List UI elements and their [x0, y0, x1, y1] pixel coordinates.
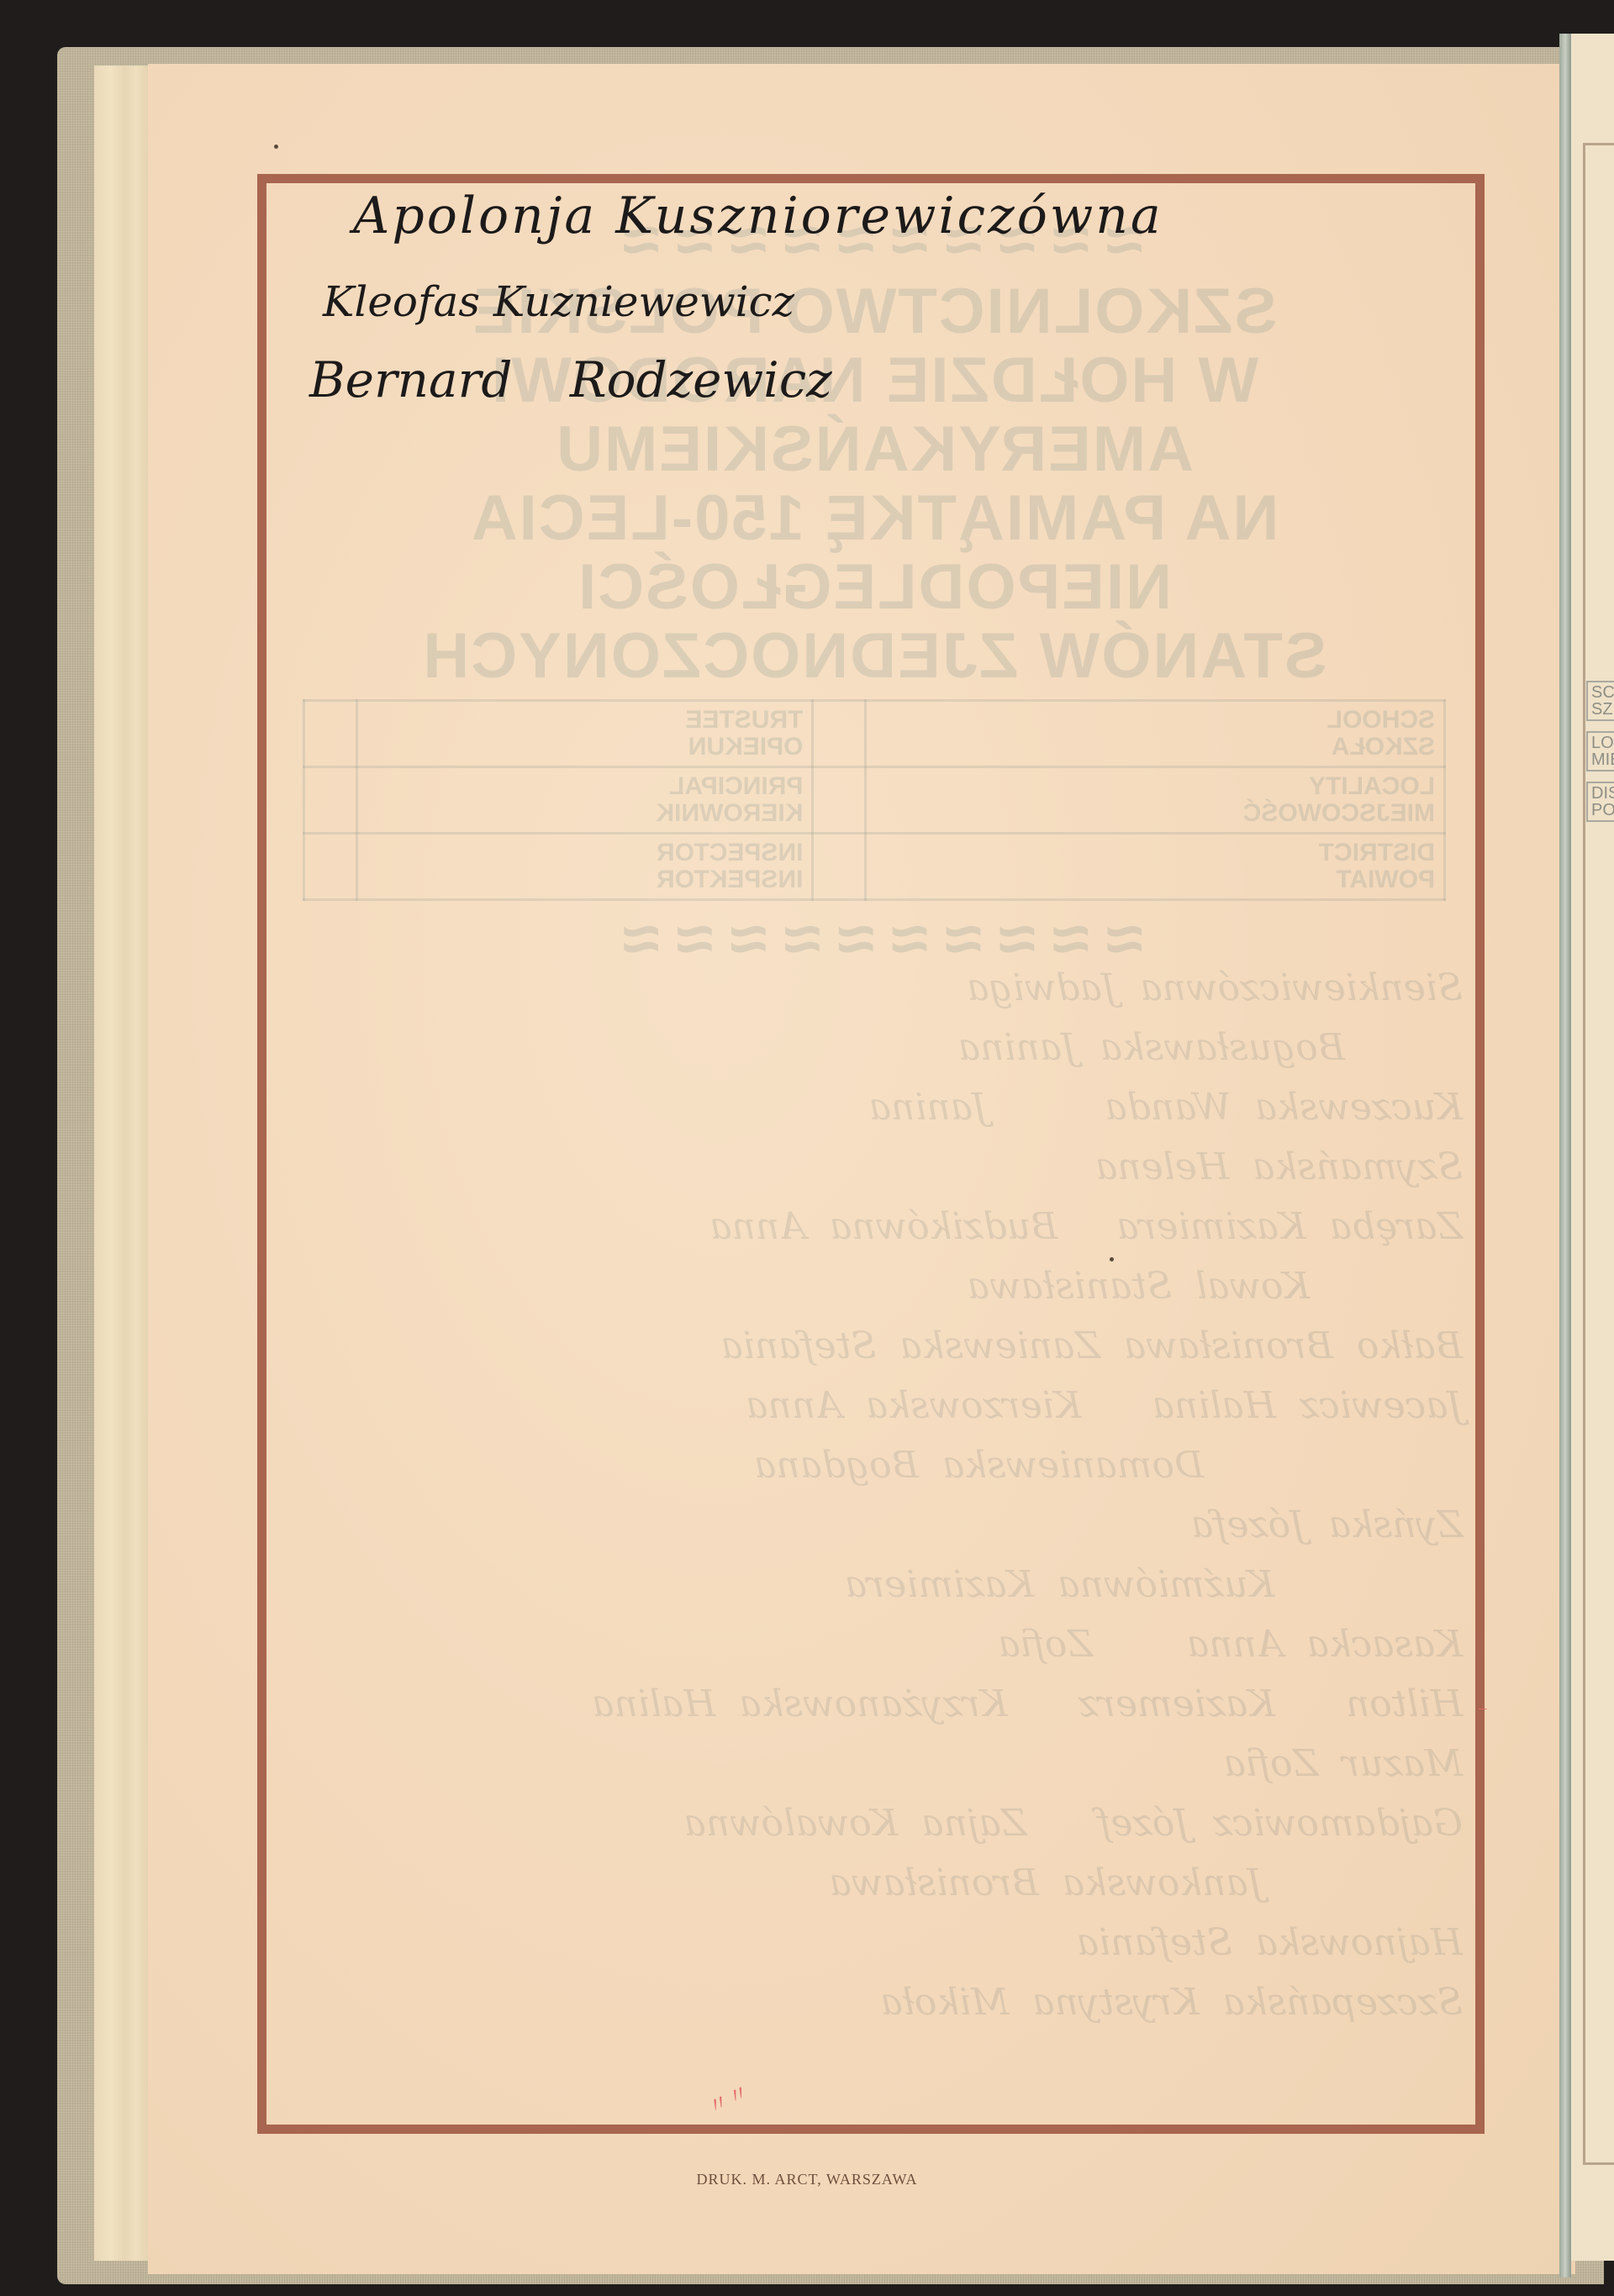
handwritten-name: Bernard Rodzewicz	[309, 351, 832, 408]
page-block-edges	[94, 66, 150, 2261]
red-pencil-mark: −	[1478, 1700, 1487, 1719]
paper-speck	[1110, 1257, 1114, 1261]
handwritten-name: Apolonja Kuszniorewiczówna	[353, 187, 1163, 245]
handwritten-name: Kleofas Kuzniewewicz	[323, 277, 794, 326]
book-gutter	[1559, 34, 1571, 2278]
adjacent-page-label: DIST POV	[1586, 782, 1614, 822]
adjacent-page: SCHO SZKO LOC MIE DIST POV	[1571, 34, 1614, 2261]
page-border-frame	[257, 174, 1485, 2134]
printer-imprint: DRUK. M. ARCT, WARSZAWA	[0, 2171, 1614, 2188]
adjacent-page-label: LOC MIE	[1586, 731, 1614, 771]
adjacent-page-frame	[1583, 143, 1614, 2165]
paper-speck	[274, 145, 278, 149]
adjacent-page-label: SCHO SZKO	[1586, 681, 1614, 721]
